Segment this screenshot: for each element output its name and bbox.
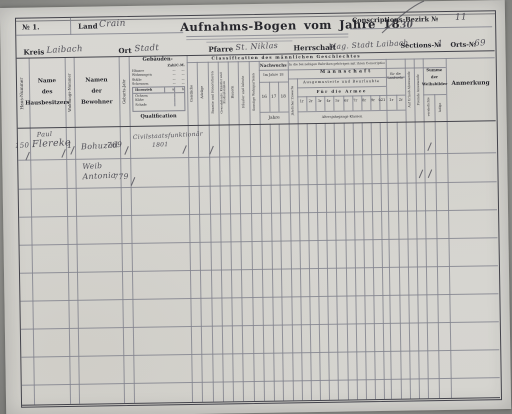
kreis-label: Kreis — [23, 47, 44, 56]
weiber-header-l1: Summe — [426, 67, 442, 72]
armee-class: ü21 — [377, 98, 386, 102]
census-form-paper: № 1. Land Crain Aufnahms-Bogen vom Jahre… — [0, 0, 511, 414]
entry-geburtsjahr-r1: 769 — [107, 140, 123, 150]
nachwuchs-age-18: 18 — [278, 93, 288, 98]
vieh-row-val — [174, 102, 184, 107]
vieh-col-b: b — [174, 87, 184, 92]
entry-qualification-l2: 1801 — [152, 141, 169, 149]
armee-class: 1r — [297, 99, 306, 103]
kreis-value: Laibach — [46, 44, 83, 56]
column-hausbesitzer-l2: des — [42, 89, 53, 95]
armee-class: 8r — [360, 98, 369, 102]
pen-flourish — [380, 0, 426, 34]
land-label: Land — [78, 21, 98, 30]
mannschaft-side-col: Jährlicher Zuwachs — [288, 79, 298, 121]
entry-bewohner-r2-l1: Weib — [82, 161, 102, 171]
ort-label: Ort — [118, 46, 131, 55]
armee-class: 5r — [333, 99, 342, 103]
column-bewohner-l3: Bewohner — [81, 99, 113, 105]
vieh-box: Hornvieh a b Ochsen Kühe Schafe — [132, 86, 185, 112]
weiber-col-verehelichte: verehelichte — [423, 95, 434, 119]
sections-no-value: 1 — [437, 39, 443, 49]
landwehr-title: für die Landwehr — [386, 72, 405, 80]
qualification-label: Qualification — [129, 113, 187, 120]
weiber-col-ledige: ledige — [434, 95, 446, 119]
nachwuchs-age-16: 16 — [259, 94, 269, 99]
orts-no-value: 69 — [474, 38, 486, 49]
nachwuchs-footer: Jahre — [260, 114, 289, 119]
pfarre-label: Pfarre — [208, 44, 233, 53]
armee-class: 4r — [324, 99, 333, 103]
landwehr-class-1: 1r — [386, 98, 396, 102]
land-value: Crain — [99, 19, 126, 30]
armee-class: 7r — [351, 98, 360, 102]
weiber-group-header: Summe der Weibsbilder — [423, 61, 446, 91]
sheet-number: № 1. — [22, 22, 39, 31]
column-bewohner-l2: der — [91, 88, 102, 94]
table-grid — [0, 0, 505, 8]
armee-class: 2r — [306, 99, 315, 103]
class-col-adelige: Adelige — [197, 63, 209, 123]
ort-value: Stadt — [134, 43, 159, 54]
column-hausbesitzer: Name des Hausbesitzers — [29, 59, 66, 126]
column-hausbesitzer-l1: Name — [38, 78, 56, 84]
nachwuchs-age-17: 17 — [269, 94, 278, 99]
census-sheet: № 1. Land Crain Aufnahms-Bogen vom Jahre… — [0, 0, 511, 414]
sections-no-label: Sections-№ — [400, 41, 441, 50]
vieh-col-a: a — [164, 87, 174, 92]
nachwuchs-title: Nachwuchs — [259, 62, 288, 67]
column-bewohner: Namen der Bewohner — [74, 58, 120, 125]
gebaeude-stock-table: Zahl C.M. Häuser — — Wohnungen — — Ställ… — [132, 63, 185, 87]
conscription-district-value: 11 — [455, 12, 468, 23]
column-geburts-jahr: Geburts-Jahr — [119, 61, 130, 123]
photo-background: № 1. Land Crain Aufnahms-Bogen vom Jahre… — [0, 0, 512, 414]
armee-class: 6r — [342, 98, 351, 102]
orts-no-label: Orts-№ — [450, 41, 476, 49]
entry-bewohner-r2-l2: Antonia — [82, 171, 116, 182]
armee-class: 3r — [315, 99, 324, 103]
vieh-row-label: Schafe — [133, 102, 174, 107]
entry-haus-nr: 150 — [15, 141, 30, 150]
vieh-title: Hornvieh — [133, 87, 164, 92]
nachwuchs-subtitle: Im Jahre 18 — [259, 72, 288, 76]
armee-class: 9r — [369, 98, 378, 102]
entry-geburtsjahr-r2: 779 — [113, 172, 129, 182]
weiber-header-l2: der — [431, 74, 438, 79]
vieh-row: Schafe — [133, 102, 184, 107]
gebaeude-title: Gebäuden- — [129, 56, 187, 63]
entry-owner-line2: Flereke — [32, 137, 71, 150]
column-anmerkung: Anmerkung — [446, 80, 495, 87]
column-hausbesitzer-l3: Hausbesitzers — [25, 100, 69, 107]
weiber-header-l3: Weibsbilder — [422, 80, 447, 85]
landwehr-class-2: 2r — [396, 98, 405, 102]
column-haus-nummer: Haus-Nummer — [17, 63, 30, 125]
class-col-sonstige: Sonstige Wohnparteien — [249, 62, 260, 122]
column-bewohner-l1: Namen — [85, 77, 107, 83]
